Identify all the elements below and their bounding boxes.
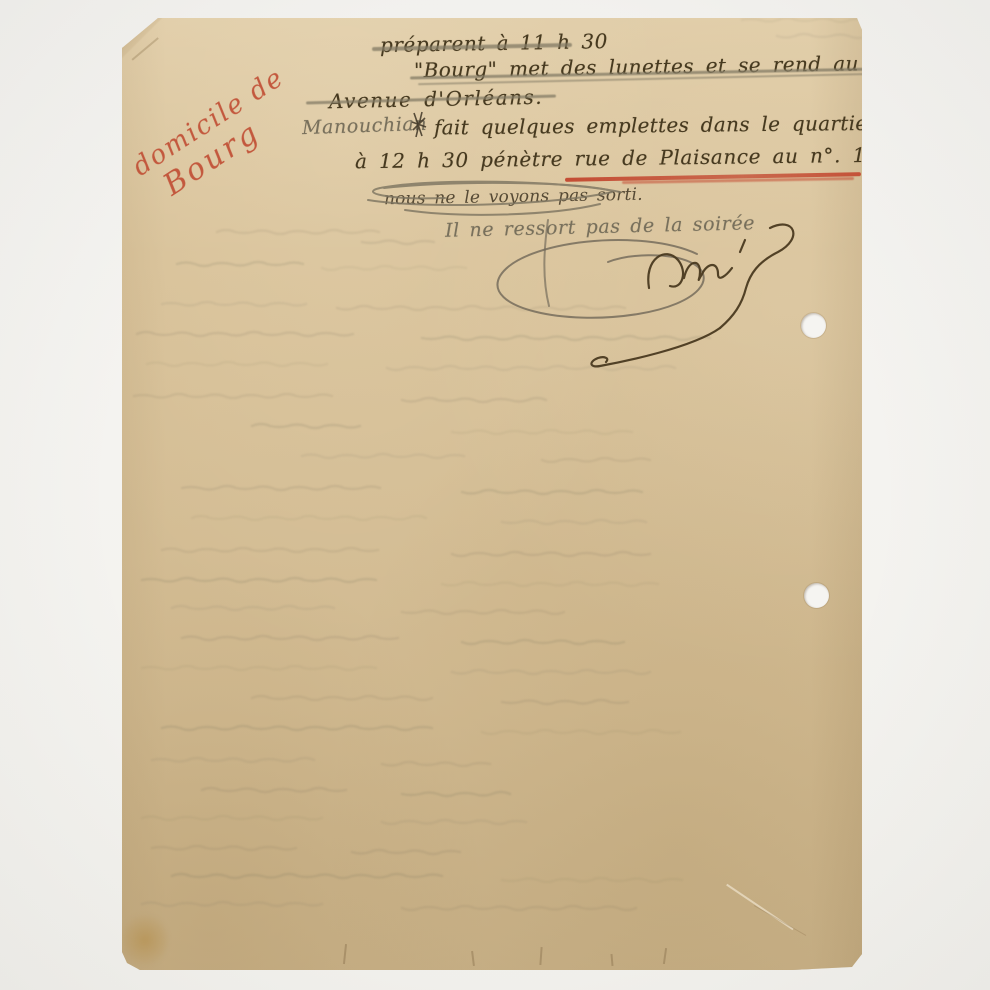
- signature: [452, 216, 812, 376]
- line-emplettes: fait quelques emplettes dans le quartier…: [434, 111, 910, 140]
- corner-fold: [118, 14, 174, 70]
- struck-line-preparent: préparent à 11 h 30: [380, 29, 608, 57]
- scan-background: domicile de Bourg préparent à 11 h 30 "B…: [0, 0, 990, 990]
- punch-hole: [801, 313, 826, 338]
- paper-stain: [122, 913, 168, 967]
- punch-hole: [804, 583, 829, 608]
- line-manouchian-name: Manouchian: [302, 113, 428, 139]
- document-page: domicile de Bourg préparent à 11 h 30 "B…: [122, 18, 862, 970]
- scribbled-out-word: [410, 110, 430, 140]
